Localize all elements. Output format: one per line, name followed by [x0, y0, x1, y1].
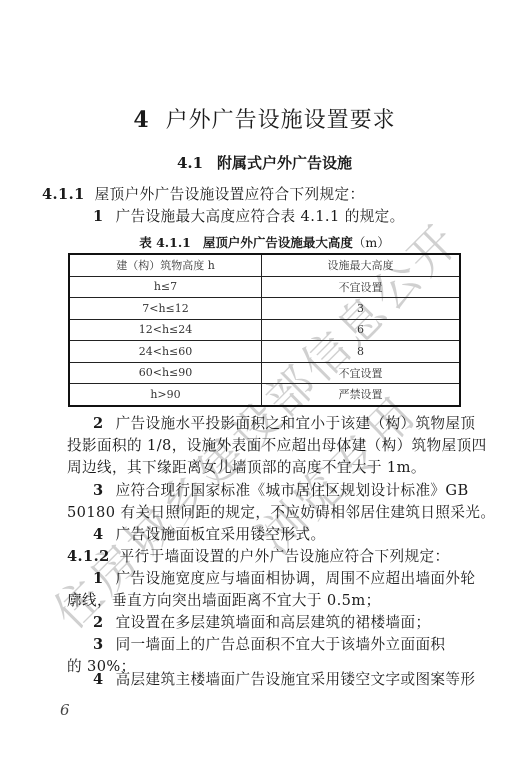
item-text: 广告设施最大高度应符合表 4.1.1 的规定。: [116, 208, 405, 225]
clause-4-1-2-item-4: 4高层建筑主楼墙面广告设施宜采用镂空文字或图案等形: [93, 668, 475, 689]
cell-max-height: 不宜设置: [262, 362, 461, 384]
table-row: 60<h≤90不宜设置: [69, 362, 460, 384]
header-max-height: 设施最大高度: [262, 254, 461, 276]
item-text: 宜设置在多层建筑墙面和高层建筑的裙楼墙面；: [116, 614, 431, 631]
item-number: 2: [93, 415, 104, 432]
header-building-height: 建（构）筑物高度 h: [69, 254, 262, 276]
item-number: 2: [93, 614, 104, 631]
item-text: 广告设施宽度应与墙面相协调，周围不应超出墙面外轮: [116, 570, 476, 587]
table-row: 7<h≤123: [69, 298, 460, 320]
clause-4-1-1-item-1: 1广告设施最大高度应符合表 4.1.1 的规定。: [93, 205, 405, 226]
cell-building-height: 60<h≤90: [69, 362, 262, 384]
clause-4-1-1-item-3: 3应符合现行国家标准《城市居住区规划设计标准》GB: [93, 479, 469, 500]
cell-building-height: 24<h≤60: [69, 341, 262, 363]
clause-text: 平行于墙面设置的户外广告设施应符合下列规定：: [120, 548, 450, 565]
item-continuation: 廓线，垂直方向突出墙面距离不宜大于 0.5m；: [67, 589, 381, 610]
clause-4-1-2-item-3: 3同一墙面上的广告总面积不宜大于该墙外立面面积: [93, 633, 445, 654]
item-text: 高层建筑主楼墙面广告设施宜采用镂空文字或图案等形: [116, 671, 476, 688]
table-header-row: 建（构）筑物高度 h 设施最大高度: [69, 254, 460, 276]
cell-building-height: 7<h≤12: [69, 298, 262, 320]
item-number: 1: [93, 570, 104, 587]
item-text: 应符合现行国家标准《城市居住区规划设计标准》GB: [116, 482, 469, 499]
cell-building-height: 12<h≤24: [69, 319, 262, 341]
item-number: 4: [93, 526, 104, 543]
section-number: 4.1: [177, 154, 203, 172]
item-continuation: 50180 有关日照间距的规定，不应妨碍相邻居住建筑日照采光。: [67, 501, 495, 522]
clause-text: 屋顶户外广告设施设置应符合下列规定：: [95, 186, 365, 203]
table-row: 24<h≤608: [69, 341, 460, 363]
clause-number: 4.1.1: [42, 186, 85, 203]
item-number: 4: [93, 671, 104, 688]
cell-max-height: 不宜设置: [262, 276, 461, 298]
clause-4-1-2: 4.1.2平行于墙面设置的户外广告设施应符合下列规定：: [67, 545, 450, 566]
cell-max-height: 3: [262, 298, 461, 320]
section-title-text: 附属式户外广告设施: [217, 154, 352, 172]
cell-max-height: 8: [262, 341, 461, 363]
clause-number: 4.1.2: [67, 548, 110, 565]
item-text: 同一墙面上的广告总面积不宜大于该墙外立面面积: [116, 636, 446, 653]
clause-4-1-1-item-4: 4广告设施面板宜采用镂空形式。: [93, 523, 325, 544]
table-caption-number: 表 4.1.1: [139, 235, 191, 250]
table-row: h>90严禁设置: [69, 384, 460, 406]
chapter-title-text: 户外广告设施设置要求: [166, 108, 396, 133]
section-title: 4.1附属式户外广告设施: [0, 152, 529, 173]
chapter-number: 4: [133, 107, 149, 133]
cell-max-height: 严禁设置: [262, 384, 461, 406]
page-number: 6: [60, 701, 70, 719]
item-continuation: 周边线，其下缘距离女儿墙顶部的高度不宜大于 1m。: [67, 456, 426, 477]
table-caption-title: 屋顶户外广告设施最大高度: [203, 235, 353, 250]
max-height-table: 建（构）筑物高度 h 设施最大高度 h≤7不宜设置 7<h≤123 12<h≤2…: [68, 253, 461, 407]
table-row: h≤7不宜设置: [69, 276, 460, 298]
cell-max-height: 6: [262, 319, 461, 341]
clause-4-1-1-item-2: 2广告设施水平投影面积之和宜小于该建（构）筑物屋顶: [93, 412, 475, 433]
cell-building-height: h>90: [69, 384, 262, 406]
item-number: 3: [93, 482, 104, 499]
clause-4-1-2-item-1: 1广告设施宽度应与墙面相协调，周围不应超出墙面外轮: [93, 567, 475, 588]
item-number: 3: [93, 636, 104, 653]
table-row: 12<h≤246: [69, 319, 460, 341]
clause-4-1-1: 4.1.1屋顶户外广告设施设置应符合下列规定：: [42, 183, 365, 204]
table-caption: 表 4.1.1屋顶户外广告设施最大高度（m）: [0, 233, 529, 251]
item-text: 广告设施面板宜采用镂空形式。: [116, 526, 326, 543]
item-text: 广告设施水平投影面积之和宜小于该建（构）筑物屋顶: [116, 415, 476, 432]
cell-building-height: h≤7: [69, 276, 262, 298]
item-number: 1: [93, 208, 104, 225]
clause-4-1-2-item-2: 2宜设置在多层建筑墙面和高层建筑的裙楼墙面；: [93, 611, 430, 632]
item-continuation: 投影面积的 1/8，设施外表面不应超出母体建（构）筑物屋顶四: [67, 434, 487, 455]
chapter-title: 4户外广告设施设置要求: [0, 103, 529, 134]
table-caption-unit: （m）: [353, 235, 390, 250]
